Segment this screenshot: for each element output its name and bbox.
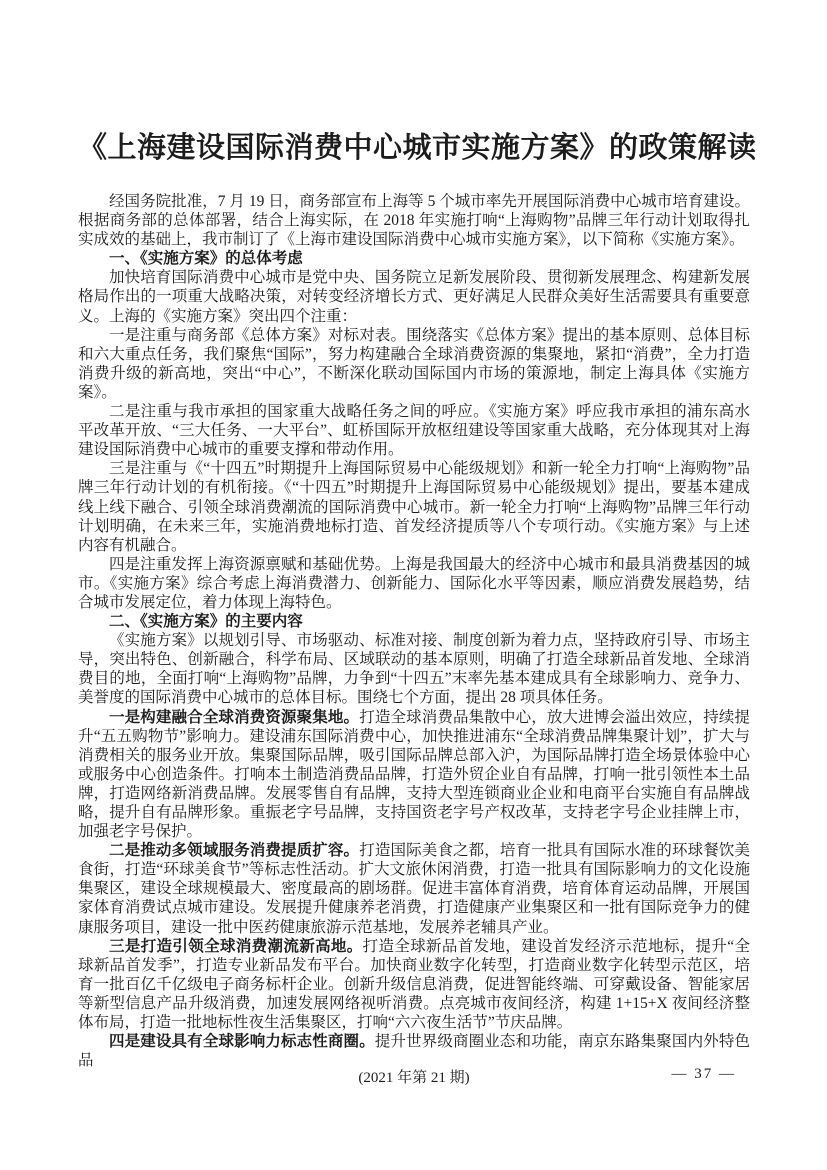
section2-item: 二是推动多领域服务消费提质扩容。打造国际美食之都，培育一批具有国际水准的环球餐饮… xyxy=(78,841,750,936)
section2-item: 四是建设具有全球影响力标志性商圈。提升世界级商圈业态和功能，南京东路集聚国内外特… xyxy=(78,1032,750,1070)
page-number: — 37 — xyxy=(672,1066,737,1083)
section1-paragraph: 四是注重发挥上海资源禀赋和基础优势。上海是我国最大的经济中心城市和最具消费基因的… xyxy=(78,555,750,612)
section1-paragraph: 三是注重与《“十四五”时期提升上海国际贸易中心能级规划》和新一轮全力打响“上海购… xyxy=(78,459,750,554)
document-page: 《上海建设国际消费中心城市实施方案》的政策解读 经国务院批准，7 月 19 日，… xyxy=(0,0,827,1170)
section1-heading: 一、《实施方案》的总体考虑 xyxy=(78,249,750,268)
item-lead: 四是建设具有全球影响力标志性商圈。 xyxy=(109,1033,375,1050)
section2-overview: 《实施方案》以规划引导、市场驱动、标准对接、制度创新为着力点，坚持政府引导、市场… xyxy=(78,631,750,707)
document-body: 经国务院批准，7 月 19 日，商务部宣布上海等 5 个城市率先开展国际消费中心… xyxy=(78,192,750,1070)
section2-item: 一是构建融合全球消费资源聚集地。打造全球消费品集散中心，放大进博会溢出效应，持续… xyxy=(78,708,750,842)
item-text: 打造全球消费品集散中心，放大进博会溢出效应，持续提升“五五购物节”影响力。建设浦… xyxy=(78,709,750,841)
section2-heading: 二、《实施方案》的主要内容 xyxy=(78,612,750,631)
section2-item: 三是打造引领全球消费潮流新高地。打造全球新品首发地，建设首发经济示范地标，提升“… xyxy=(78,937,750,1032)
item-lead: 一是构建融合全球消费资源聚集地。 xyxy=(109,709,359,726)
item-lead: 三是打造引领全球消费潮流新高地。 xyxy=(109,938,363,955)
section1-paragraph: 一是注重与商务部《总体方案》对标对表。围绕落实《总体方案》提出的基本原则、总体目… xyxy=(78,326,750,402)
issue-label: (2021 年第 21 期) xyxy=(358,1070,469,1086)
item-lead: 二是推动多领域服务消费提质扩容。 xyxy=(109,842,359,859)
page-footer: (2021 年第 21 期) — 37 — xyxy=(78,1066,750,1087)
intro-paragraph: 经国务院批准，7 月 19 日，商务部宣布上海等 5 个城市率先开展国际消费中心… xyxy=(78,192,750,249)
section1-paragraph: 加快培育国际消费中心城市是党中央、国务院立足新发展阶段、贯彻新发展理念、构建新发… xyxy=(78,268,750,325)
document-title: 《上海建设国际消费中心城市实施方案》的政策解读 xyxy=(78,0,750,168)
section1-paragraph: 二是注重与我市承担的国家重大战略任务之间的呼应。《实施方案》呼应我市承担的浦东高… xyxy=(78,402,750,459)
